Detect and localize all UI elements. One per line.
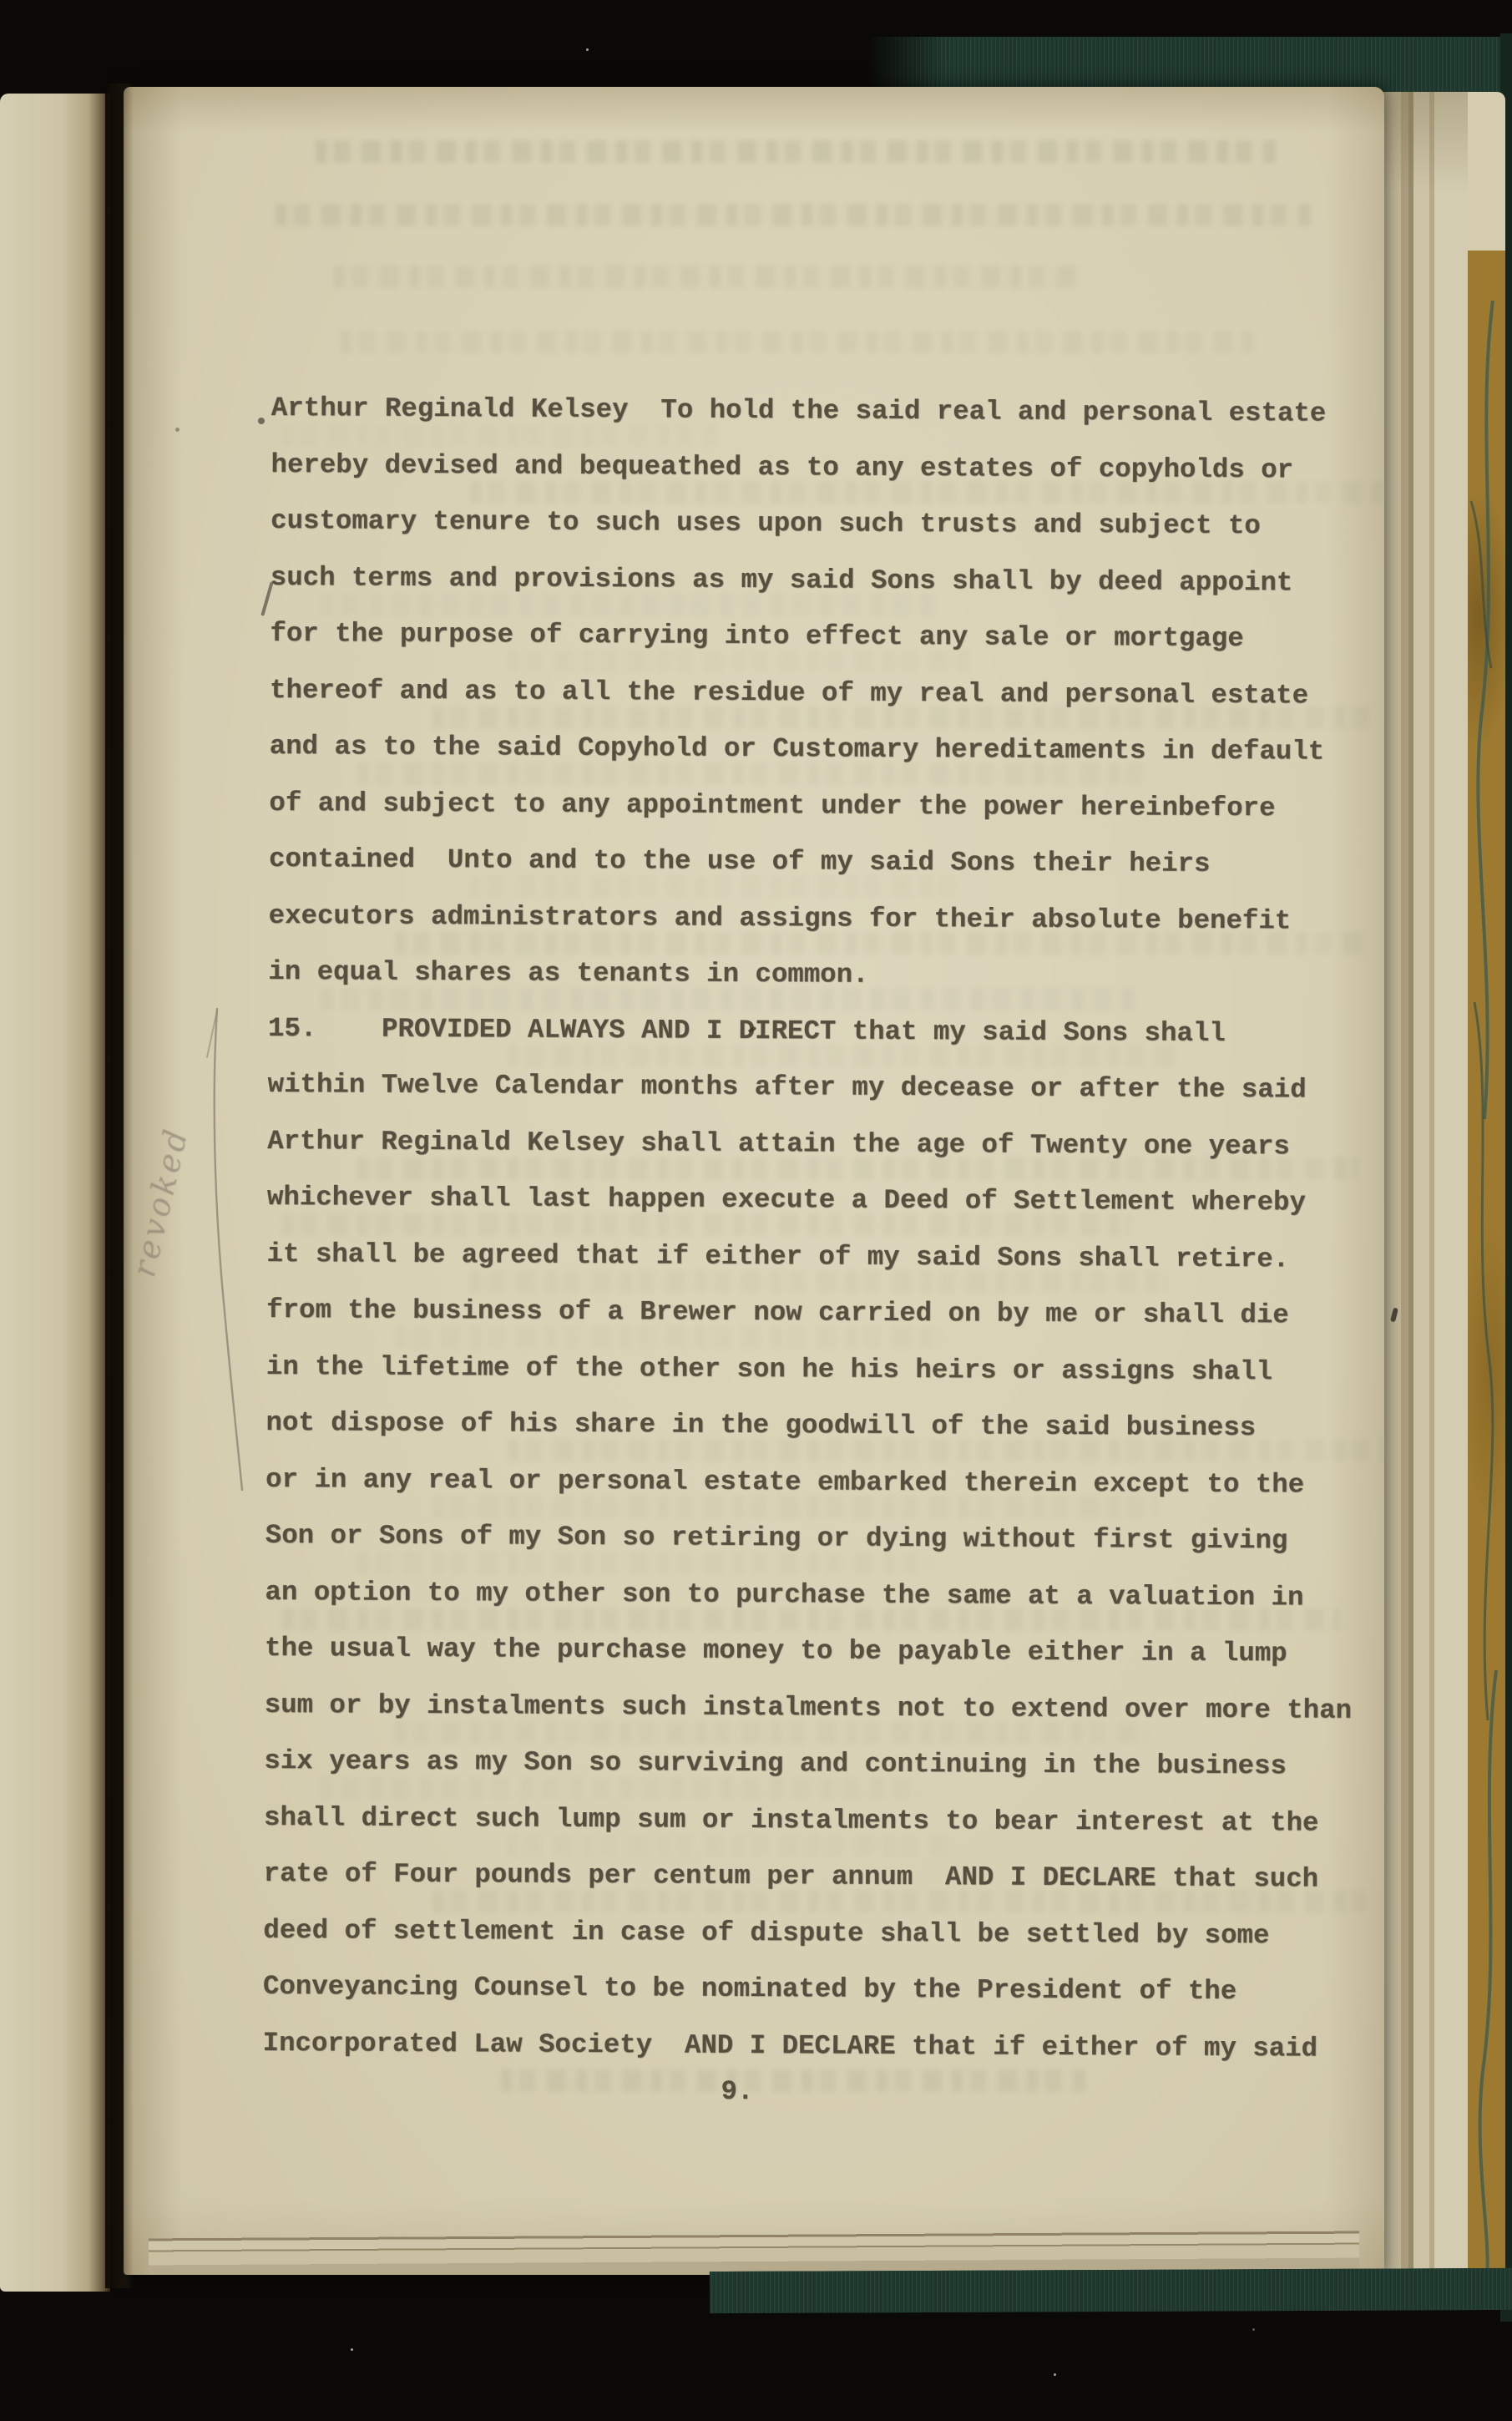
marble-veins <box>1468 251 1505 2288</box>
typed-line: Arthur Reginald Kelsey shall attain the … <box>267 1112 1384 1175</box>
page-number: 9. <box>700 2076 775 2107</box>
typed-line: executors administrators and assigns for… <box>268 887 1384 950</box>
dust-speck <box>351 2348 353 2351</box>
typed-line: such terms and provisions as my said Son… <box>271 549 1384 611</box>
margin-annotation-handwritten: revoked <box>124 1076 211 1330</box>
typed-line: the usual way the purchase money to be p… <box>265 1620 1383 1683</box>
typed-line: customary tenure to such uses upon such … <box>271 493 1384 555</box>
gutter-shadow <box>105 84 134 2288</box>
typed-line: Arthur Reginald Kelsey To hold the said … <box>271 380 1384 443</box>
book-cloth-bottom-band <box>710 2268 1512 2313</box>
ink-dot-mark <box>258 418 265 424</box>
page-corner-patch <box>1468 92 1505 259</box>
typed-line: Incorporated Law Society AND I DECLARE t… <box>262 2014 1381 2077</box>
typed-line: shall direct such lump sum or instalment… <box>264 1789 1383 1851</box>
typed-line: in the lifetime of the other son he his … <box>266 1338 1384 1400</box>
typed-line: within Twelve Calendar months after my d… <box>267 1056 1384 1119</box>
typed-line: it shall be agreed that if either of my … <box>266 1225 1384 1288</box>
ghost-text-band <box>334 266 1085 288</box>
dust-speck <box>586 48 589 51</box>
typed-line: an option to my other son to purchase th… <box>265 1563 1383 1626</box>
typed-line: and as to the said Copyhold or Customary… <box>270 718 1384 781</box>
ghost-text-band <box>316 140 1276 163</box>
dust-speck <box>1054 2373 1056 2376</box>
typed-line: six years as my Son so surviving and con… <box>264 1733 1383 1795</box>
typed-line: of and subject to any appointment under … <box>269 774 1384 837</box>
typed-line: in equal shares as tenants in common. <box>268 944 1384 1006</box>
typed-line: or in any real or personal estate embark… <box>265 1451 1384 1513</box>
page-bottom-edge-lines <box>149 2221 1359 2275</box>
fore-edge-page-stack <box>1379 92 1479 2287</box>
typed-line: thereof and as to all the residue of my … <box>270 661 1384 724</box>
typed-line: contained Unto and to the use of my said… <box>269 831 1384 894</box>
typed-line: Son or Sons of my Son so retiring or dyi… <box>265 1507 1384 1570</box>
typed-line: sum or by instalments such instalments n… <box>265 1676 1383 1739</box>
typed-line: not dispose of his share in the goodwill… <box>265 1395 1384 1457</box>
typed-line: rate of Four pounds per centum per annum… <box>263 1846 1382 1908</box>
typed-line: for the purpose of carrying into effect … <box>270 605 1384 668</box>
will-page: Arthur Reginald Kelsey To hold the said … <box>124 87 1384 2275</box>
typed-line: hereby devised and bequeathed as to any … <box>271 436 1384 499</box>
typed-text-body: Arthur Reginald Kelsey To hold the said … <box>262 380 1384 2077</box>
typed-line: whichever shall last happen execute a De… <box>267 1169 1384 1232</box>
typed-line: deed of settlement in case of dispute sh… <box>263 1902 1382 1964</box>
typed-line: 15. PROVIDED ALWAYS AND I DIRECT that my… <box>268 1000 1384 1062</box>
dust-speck <box>1252 2328 1255 2331</box>
typed-line: Conveyancing Counsel to be nominated by … <box>263 1958 1382 2021</box>
photograph-of-typed-will-page: Arthur Reginald Kelsey To hold the said … <box>0 0 1512 2421</box>
facing-page-edge <box>0 94 110 2292</box>
ghost-text-band <box>276 204 1311 226</box>
ghost-text-band <box>341 331 1259 353</box>
typed-line: from the business of a Brewer now carrie… <box>266 1282 1384 1345</box>
marbled-endpaper-strip <box>1468 251 1505 2288</box>
pencil-dot-mark <box>175 428 180 432</box>
